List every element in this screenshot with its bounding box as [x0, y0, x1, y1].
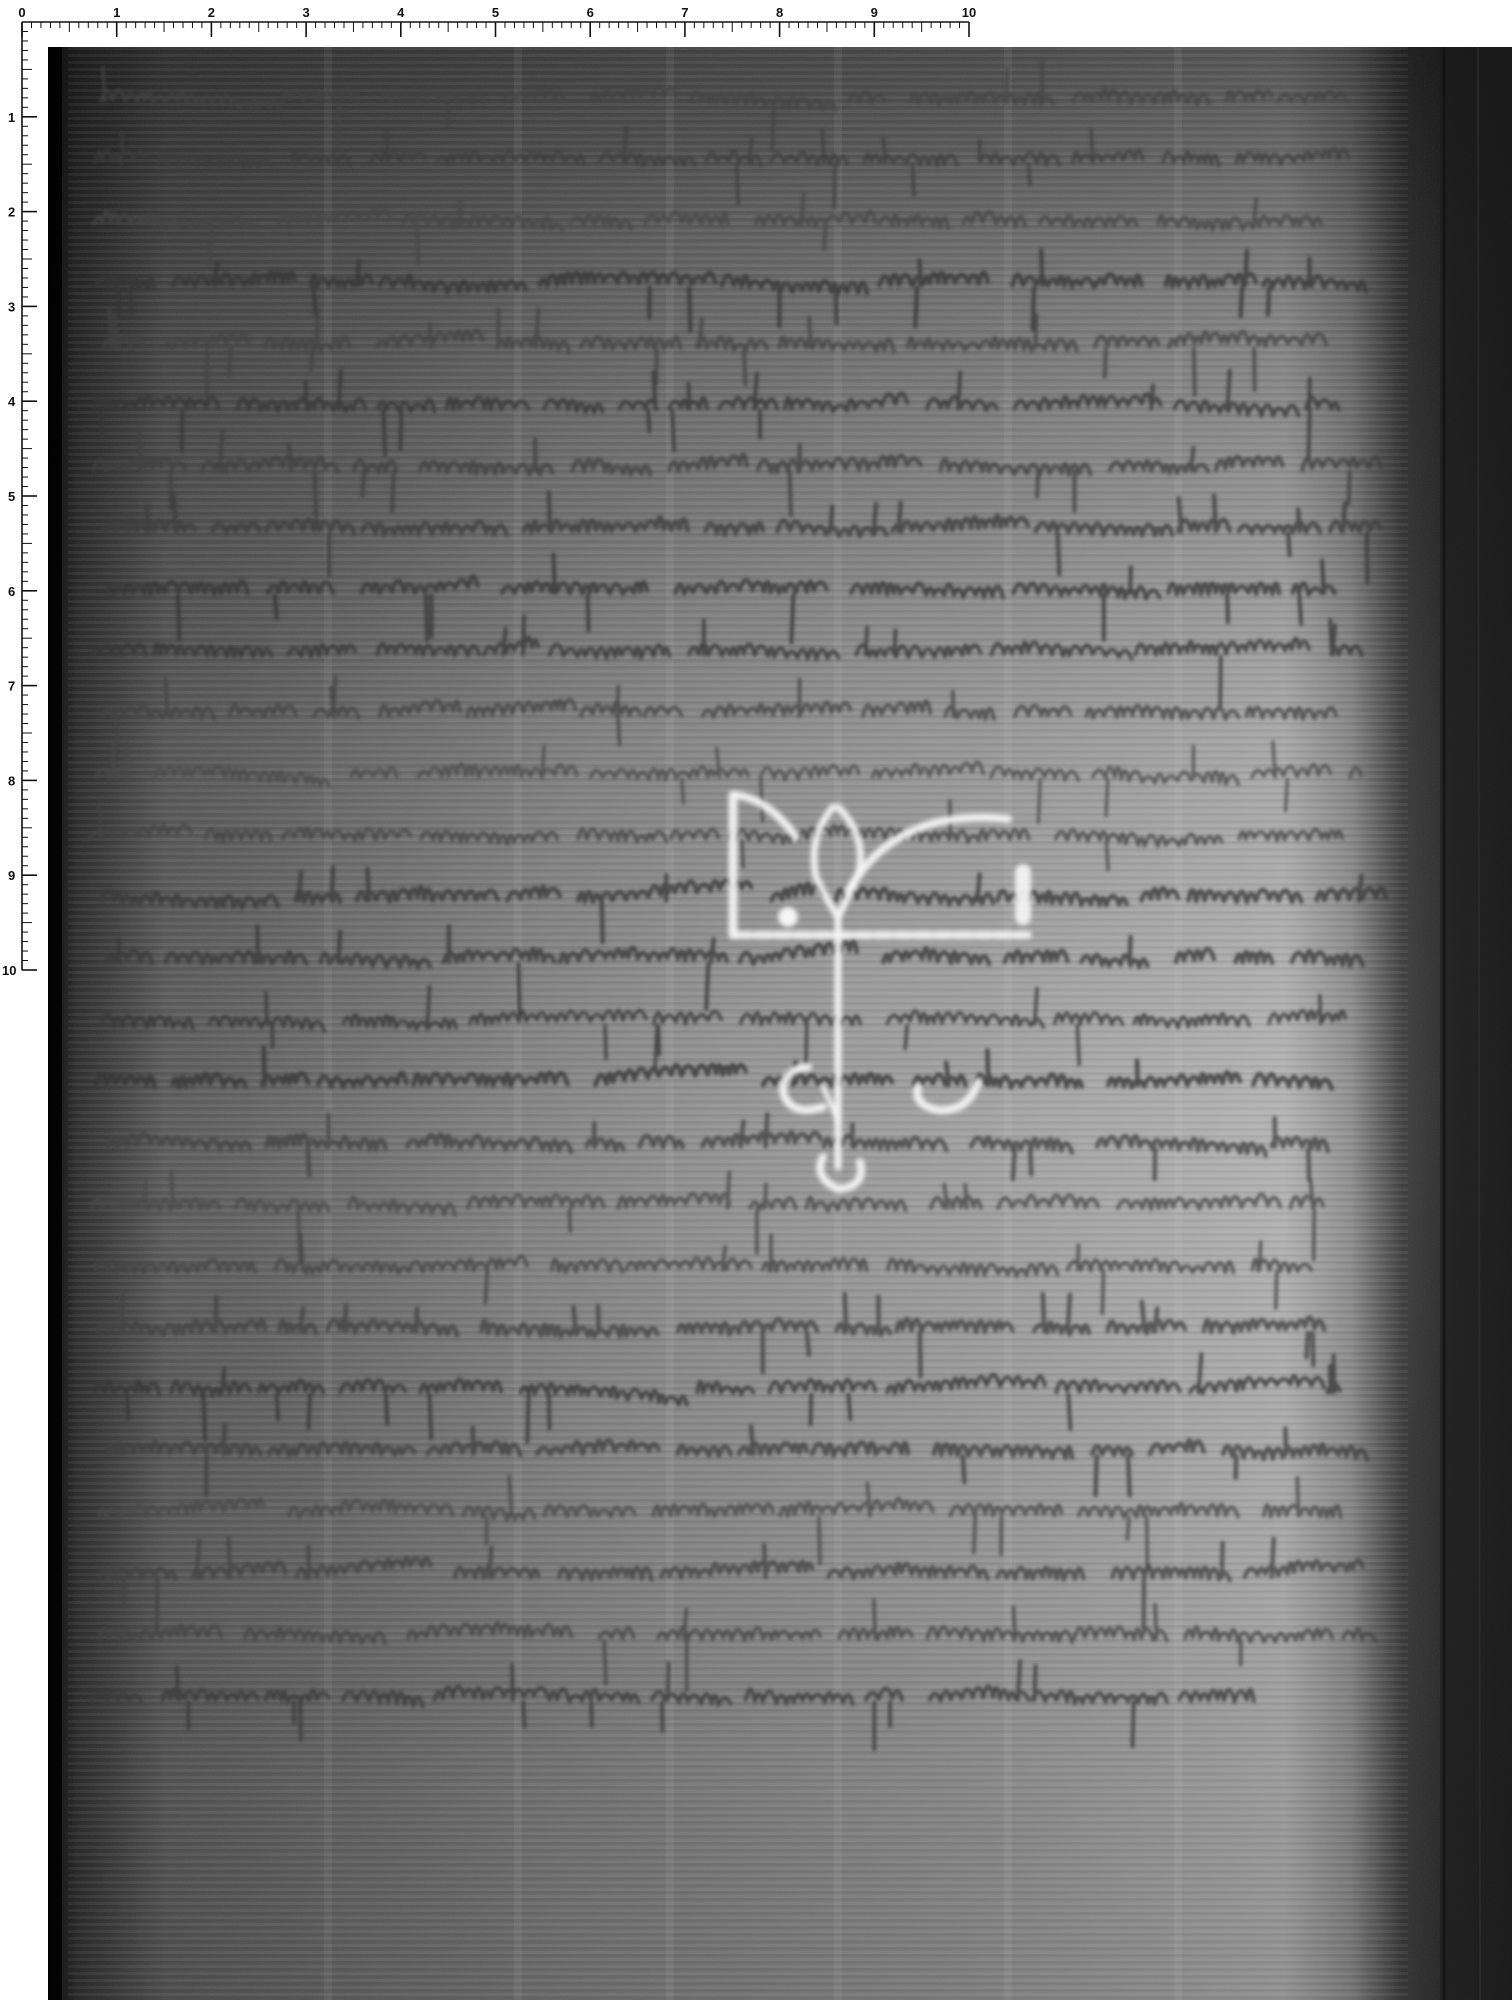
ruler-label-v: 6 — [8, 584, 15, 599]
ruler-label-h: 10 — [962, 5, 976, 20]
scan-canvas — [48, 47, 1512, 2000]
ruler-label-h: 6 — [587, 5, 594, 20]
ruler-label-h: 3 — [302, 5, 309, 20]
horizontal-ruler: 012345678910 — [0, 0, 1000, 40]
ruler-label-h: 8 — [776, 5, 783, 20]
ruler-label-v: 3 — [8, 299, 15, 314]
vertical-ruler: 12345678910 — [0, 0, 40, 1000]
ruler-label-v: 5 — [8, 489, 15, 504]
ruler-label-v: 8 — [8, 773, 15, 788]
ruler-label-v: 9 — [8, 868, 15, 883]
ruler-label-h: 9 — [871, 5, 878, 20]
ruler-label-v: 2 — [8, 205, 15, 220]
ruler-label-v: 7 — [8, 679, 15, 694]
manuscript-scan: Grayscale transmitted-light scan of a ha… — [48, 47, 1512, 2000]
left-edge-shadow — [48, 47, 62, 2000]
ruler-label-v: 4 — [8, 394, 16, 409]
ruler-label-h: 4 — [397, 5, 405, 20]
ruler-label-v: 10 — [2, 963, 16, 978]
ruler-label-h: 1 — [113, 5, 120, 20]
ruler-label-h: 2 — [208, 5, 215, 20]
ruler-label-v: 1 — [8, 110, 15, 125]
ruler-label-h: 7 — [681, 5, 688, 20]
ruler-label-h: 5 — [492, 5, 499, 20]
binding-edge — [1440, 47, 1512, 2000]
